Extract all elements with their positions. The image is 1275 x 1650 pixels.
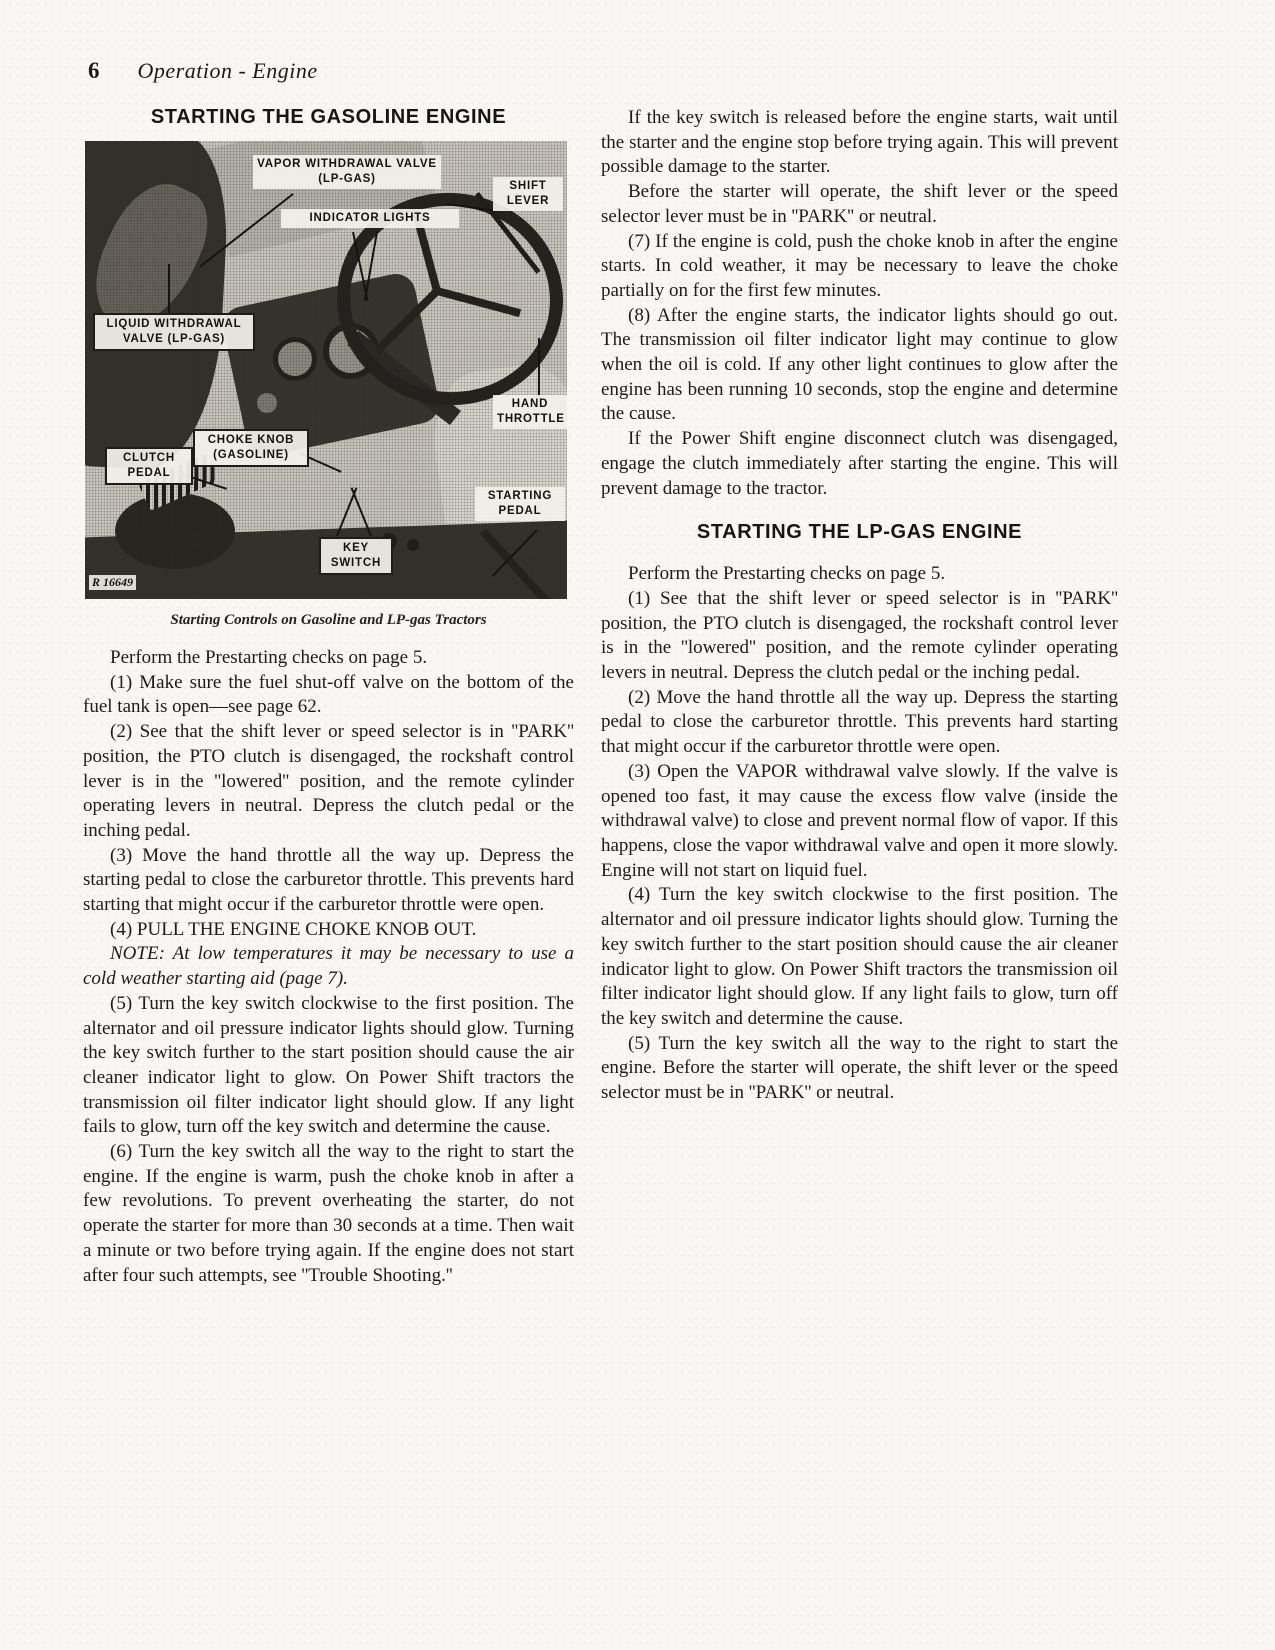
photo-reference-number: R 16649: [89, 575, 136, 590]
paragraph: If the key switch is released before the…: [601, 106, 1118, 180]
figure-label-vapor-withdrawal-valve: VAPOR WITHDRAWAL VALVE (LP-GAS): [253, 155, 441, 189]
paragraph: (3) Move the hand throttle all the way u…: [83, 844, 574, 918]
page-header-title: Operation - Engine: [138, 58, 318, 83]
figure-label-choke-knob: CHOKE KNOB (GASOLINE): [193, 429, 309, 467]
paragraph: Perform the Prestarting checks on page 5…: [83, 646, 574, 671]
gauge-icon: [257, 393, 277, 413]
figure-label-key-switch: KEY SWITCH: [319, 537, 393, 575]
paragraph: (2) Move the hand throttle all the way u…: [601, 686, 1118, 760]
figure-caption: Starting Controls on Gasoline and LP-gas…: [83, 612, 574, 629]
left-column: STARTING THE GASOLINE ENGINE: [83, 106, 574, 1288]
paragraph: Before the starter will operate, the shi…: [601, 180, 1118, 229]
figure-label-hand-throttle: HAND THROTTLE: [493, 395, 567, 429]
manual-page: 6 Operation - Engine STARTING THE GASOLI…: [0, 0, 1275, 1650]
right-column: If the key switch is released before the…: [601, 106, 1118, 1106]
figure-label-starting-pedal: STARTING PEDAL: [475, 487, 565, 521]
page-number: 6: [88, 58, 100, 83]
figure-label-liquid-withdrawal-valve: LIQUID WITHDRAWAL VALVE (LP-GAS): [93, 313, 255, 351]
leader-line: [538, 338, 540, 400]
heading-starting-lp-gas-engine: STARTING THE LP-GAS ENGINE: [601, 521, 1118, 544]
paragraph: (5) Turn the key switch clockwise to the…: [83, 992, 574, 1140]
gauge-icon: [273, 337, 317, 381]
paragraph: (1) Make sure the fuel shut-off valve on…: [83, 671, 574, 720]
page-header: 6 Operation - Engine: [88, 58, 588, 84]
heading-starting-gasoline-engine: STARTING THE GASOLINE ENGINE: [83, 106, 574, 129]
figure-label-shift-lever: SHIFT LEVER: [493, 177, 563, 211]
leader-line: [168, 264, 170, 316]
paragraph: (5) Turn the key switch all the way to t…: [601, 1032, 1118, 1106]
paragraph: If the Power Shift engine disconnect clu…: [601, 427, 1118, 501]
paragraph: (8) After the engine starts, the indicat…: [601, 304, 1118, 428]
key-switch-shape: [407, 539, 419, 551]
paragraph: (2) See that the shift lever or speed se…: [83, 720, 574, 844]
paragraph: (3) Open the VAPOR withdrawal valve slow…: [601, 760, 1118, 884]
paragraph: (4) Turn the key switch clockwise to the…: [601, 883, 1118, 1031]
paragraph: (1) See that the shift lever or speed se…: [601, 587, 1118, 686]
figure-label-indicator-lights: INDICATOR LIGHTS: [281, 209, 459, 228]
paragraph: (4) PULL THE ENGINE CHOKE KNOB OUT.: [83, 918, 574, 943]
paragraph: (7) If the engine is cold, push the chok…: [601, 230, 1118, 304]
pedal-area-shape: [115, 493, 235, 569]
note-paragraph: NOTE: At low temperatures it may be nece…: [83, 942, 574, 991]
figure-label-clutch-pedal: CLUTCH PEDAL: [105, 447, 193, 485]
paragraph: (6) Turn the key switch all the way to t…: [83, 1140, 574, 1288]
paragraph: Perform the Prestarting checks on page 5…: [601, 562, 1118, 587]
figure-starting-controls-photo: VAPOR WITHDRAWAL VALVE (LP-GAS) SHIFT LE…: [85, 141, 567, 599]
